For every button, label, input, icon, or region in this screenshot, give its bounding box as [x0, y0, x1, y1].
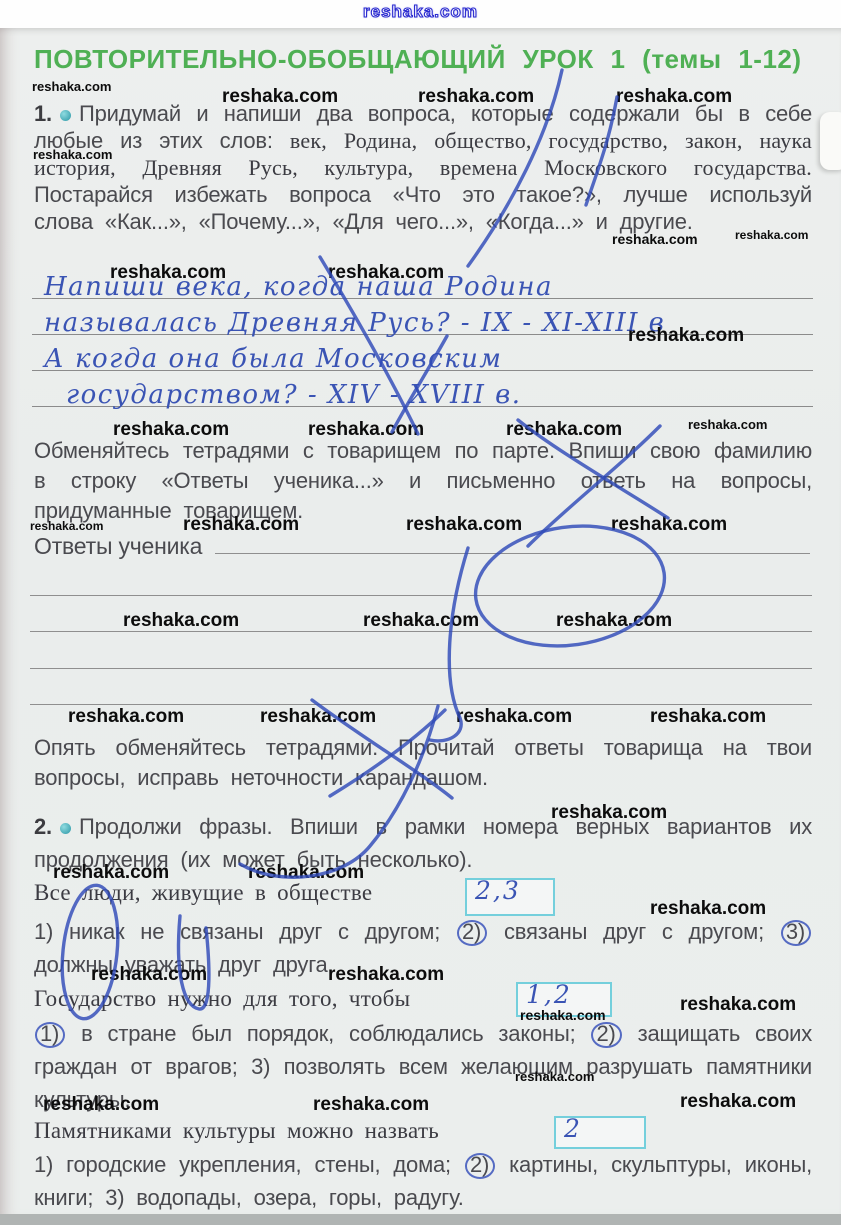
watermark: reshaka.com: [113, 419, 229, 441]
watermark: reshaka.com: [616, 86, 732, 108]
watermark: reshaka.com: [650, 706, 766, 728]
watermark: reshaka.com: [328, 262, 444, 284]
watermark: reshaka.com: [515, 1069, 595, 1084]
task1-number: 1.: [34, 101, 52, 126]
watermark: reshaka.com: [248, 862, 364, 884]
option-number-circled: 3): [781, 920, 811, 946]
task2-phrase-3: Памятниками культуры можно назвать: [34, 1118, 439, 1144]
scanned-workbook-page: { "watermark_text": "reshaka.com", "titl…: [0, 0, 841, 1225]
watermark: reshaka.com: [456, 706, 572, 728]
handwriting-rule[interactable]: государством? - XIV - XVIII в.: [32, 370, 813, 407]
answer-rule[interactable]: [30, 684, 812, 705]
watermark: reshaka.com: [110, 262, 226, 284]
option-number: 3): [105, 1185, 124, 1210]
watermark: reshaka.com: [363, 610, 479, 632]
exchange-instruction: Обменяйтесь тетрадями с товарищем по пар…: [34, 436, 812, 526]
watermark: reshaka.com: [32, 79, 112, 94]
bullet-dot-icon: [60, 110, 71, 121]
watermark: reshaka.com: [680, 994, 796, 1016]
option-text: водопады, озера, горы, радугу.: [124, 1185, 463, 1210]
watermark: reshaka.com: [328, 964, 444, 986]
watermark: reshaka.com: [506, 419, 622, 441]
answer-box-1[interactable]: 2,3: [465, 878, 555, 916]
watermark: reshaka.com: [406, 514, 522, 536]
option-number-circled: 1): [35, 1022, 65, 1048]
watermark: reshaka.com: [222, 86, 338, 108]
handwritten-answer-2: 1,2: [526, 980, 572, 1009]
task1-text: 1.Придумай и напиши два вопроса, которые…: [34, 100, 812, 235]
watermark: reshaka.com: [612, 231, 698, 247]
option-text: никак не связаны друг с другом;: [53, 919, 456, 944]
answer-rule[interactable]: [30, 575, 812, 596]
handwritten-answer-3: 2: [564, 1114, 582, 1143]
watermark: reshaka.com: [30, 519, 103, 533]
watermark: reshaka.com: [680, 1091, 796, 1113]
answer-rule[interactable]: [30, 648, 812, 669]
watermark: reshaka.com: [68, 706, 184, 728]
task2-number: 2.: [34, 814, 52, 839]
option-number-circled: 2): [591, 1022, 621, 1048]
watermark: reshaka.com: [183, 514, 299, 536]
watermark: reshaka.com: [91, 964, 207, 986]
watermark: reshaka.com: [260, 706, 376, 728]
handwritten-text: государством? - XIV - XVIII в.: [66, 380, 522, 410]
option-text: городские укрепления, стены, дома;: [53, 1152, 464, 1177]
watermark: reshaka.com: [418, 86, 534, 108]
watermark: reshaka.com: [53, 862, 169, 884]
option-text: в стране был порядок, соблюдались законы…: [66, 1021, 590, 1046]
scan-top-margin: reshaka.com: [0, 0, 841, 28]
task2-phrase-2: Государство нужно для того, чтобы: [34, 986, 410, 1012]
watermark: reshaka.com: [43, 1094, 159, 1116]
recheck-instruction: Опять обменяйтесь тетрадями. Прочитай от…: [34, 733, 812, 793]
scan-bottom-edge: [0, 1214, 841, 1225]
handwritten-answer-1: 2,3: [475, 876, 521, 905]
option-number: 1): [34, 919, 53, 944]
watermark: reshaka.com: [688, 417, 768, 432]
answers-label: Ответы ученика: [34, 533, 202, 560]
watermark: reshaka.com: [650, 898, 766, 920]
watermark: reshaka.com: [735, 228, 808, 242]
watermark: reshaka.com: [308, 419, 424, 441]
task1-outro: Постарайся избежать вопроса «Что это так…: [34, 182, 812, 234]
option-text: связаны друг с другом;: [488, 919, 780, 944]
bullet-dot-icon: [60, 823, 71, 834]
watermark: reshaka.com: [520, 1007, 606, 1023]
watermark: reshaka.com: [611, 514, 727, 536]
answer-rule-partial[interactable]: [215, 533, 810, 554]
lesson-title: ПОВТОРИТЕЛЬНО-ОБОБЩАЮЩИЙ УРОК 1 (темы 1-…: [34, 44, 812, 75]
task2-options-3: 1) городские укрепления, стены, дома; 2)…: [34, 1148, 812, 1214]
watermark: reshaka.com: [33, 147, 113, 162]
watermark: reshaka.com: [628, 325, 744, 347]
scan-edge-artifact: [820, 112, 841, 170]
watermark-outlined: reshaka.com: [0, 2, 841, 22]
watermark: reshaka.com: [556, 610, 672, 632]
option-number-circled: 2): [465, 1153, 495, 1179]
watermark: reshaka.com: [123, 610, 239, 632]
option-number: 3): [251, 1054, 270, 1079]
watermark: reshaka.com: [551, 802, 667, 824]
answer-box-3[interactable]: 2: [554, 1116, 646, 1149]
watermark: reshaka.com: [313, 1094, 429, 1116]
option-number: 1): [34, 1152, 53, 1177]
option-number-circled: 2): [457, 920, 487, 946]
